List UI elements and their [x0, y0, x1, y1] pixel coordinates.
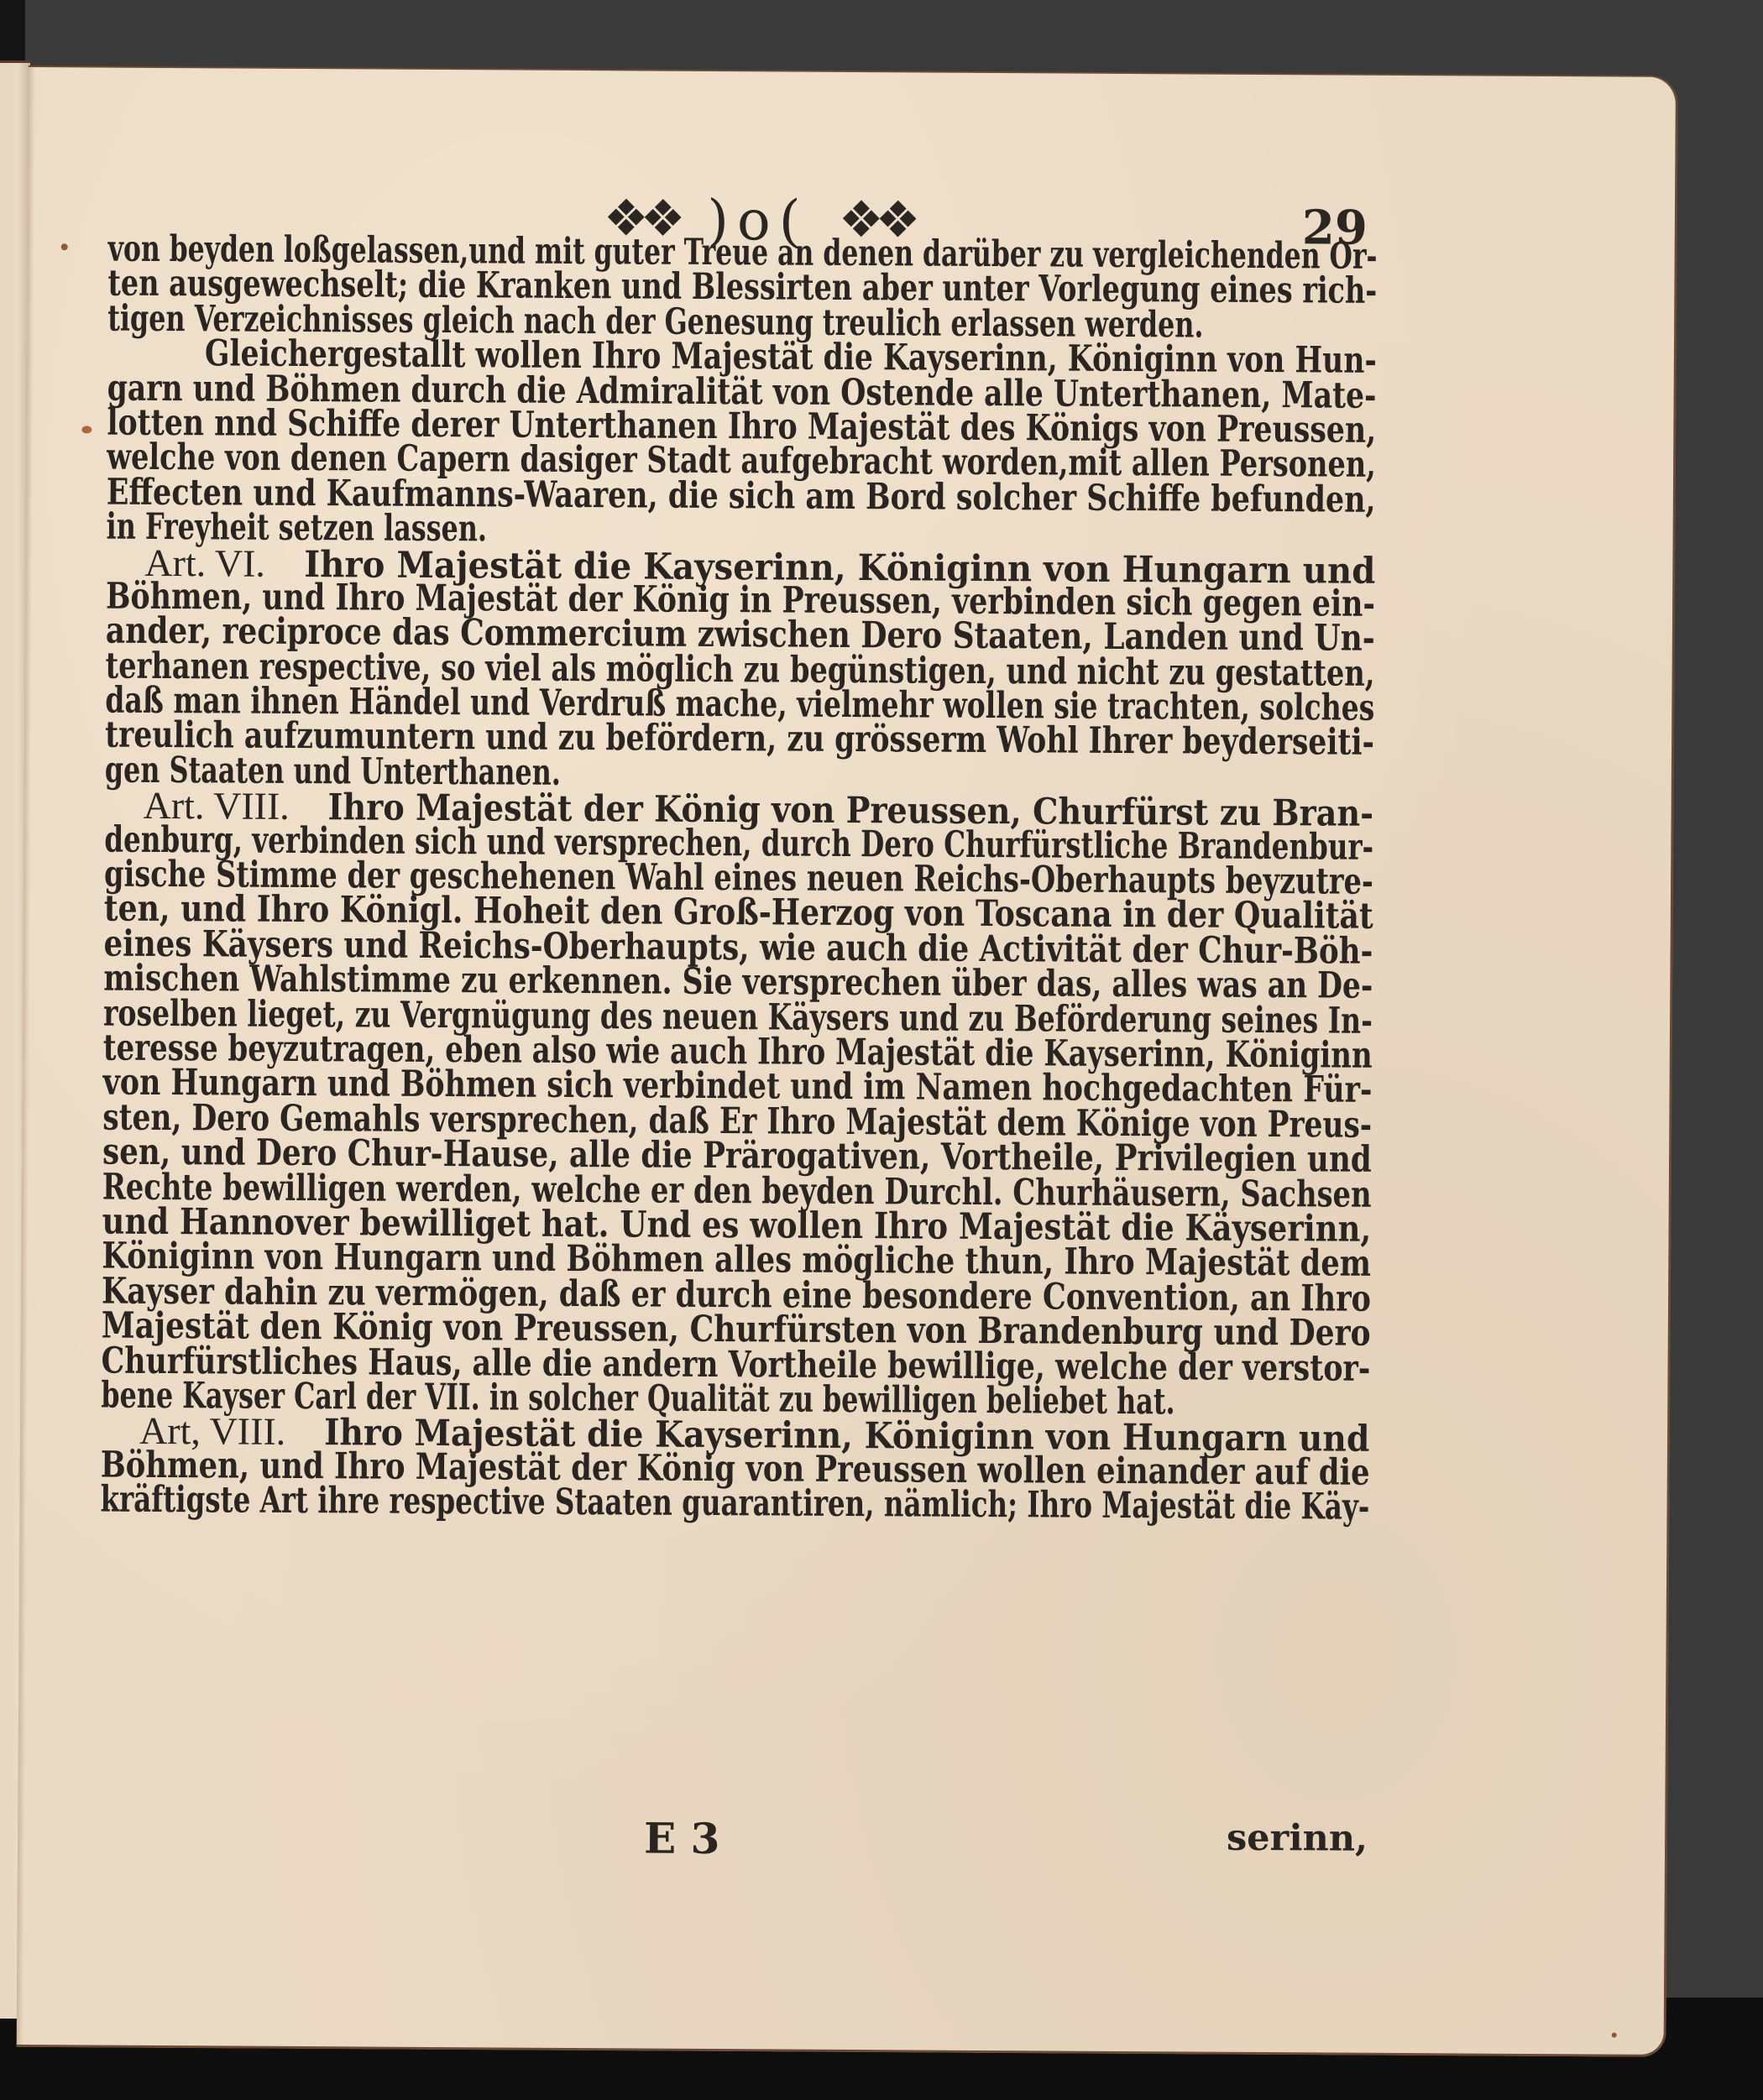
paper-speck — [61, 243, 68, 250]
text-line: kräftigste Art ihre respective Staaten g… — [100, 1483, 1369, 1526]
footer-line: E 3 serinn, — [98, 1810, 1368, 1877]
book-page: ❖❖ )o( ❖❖ 29 von beyden loßgelassen,und … — [17, 65, 1678, 2057]
paper-speck — [1612, 2033, 1617, 2038]
line-text: kräftigste Art ihre respective Staaten g… — [100, 1483, 1369, 1526]
paper-speck — [81, 426, 92, 433]
background-shadow — [0, 0, 25, 67]
catchword: serinn, — [1227, 1817, 1368, 1860]
signature-mark: E 3 — [644, 1814, 720, 1864]
body-text: von beyden loßgelassen,und mit guter Tre… — [100, 232, 1377, 1526]
